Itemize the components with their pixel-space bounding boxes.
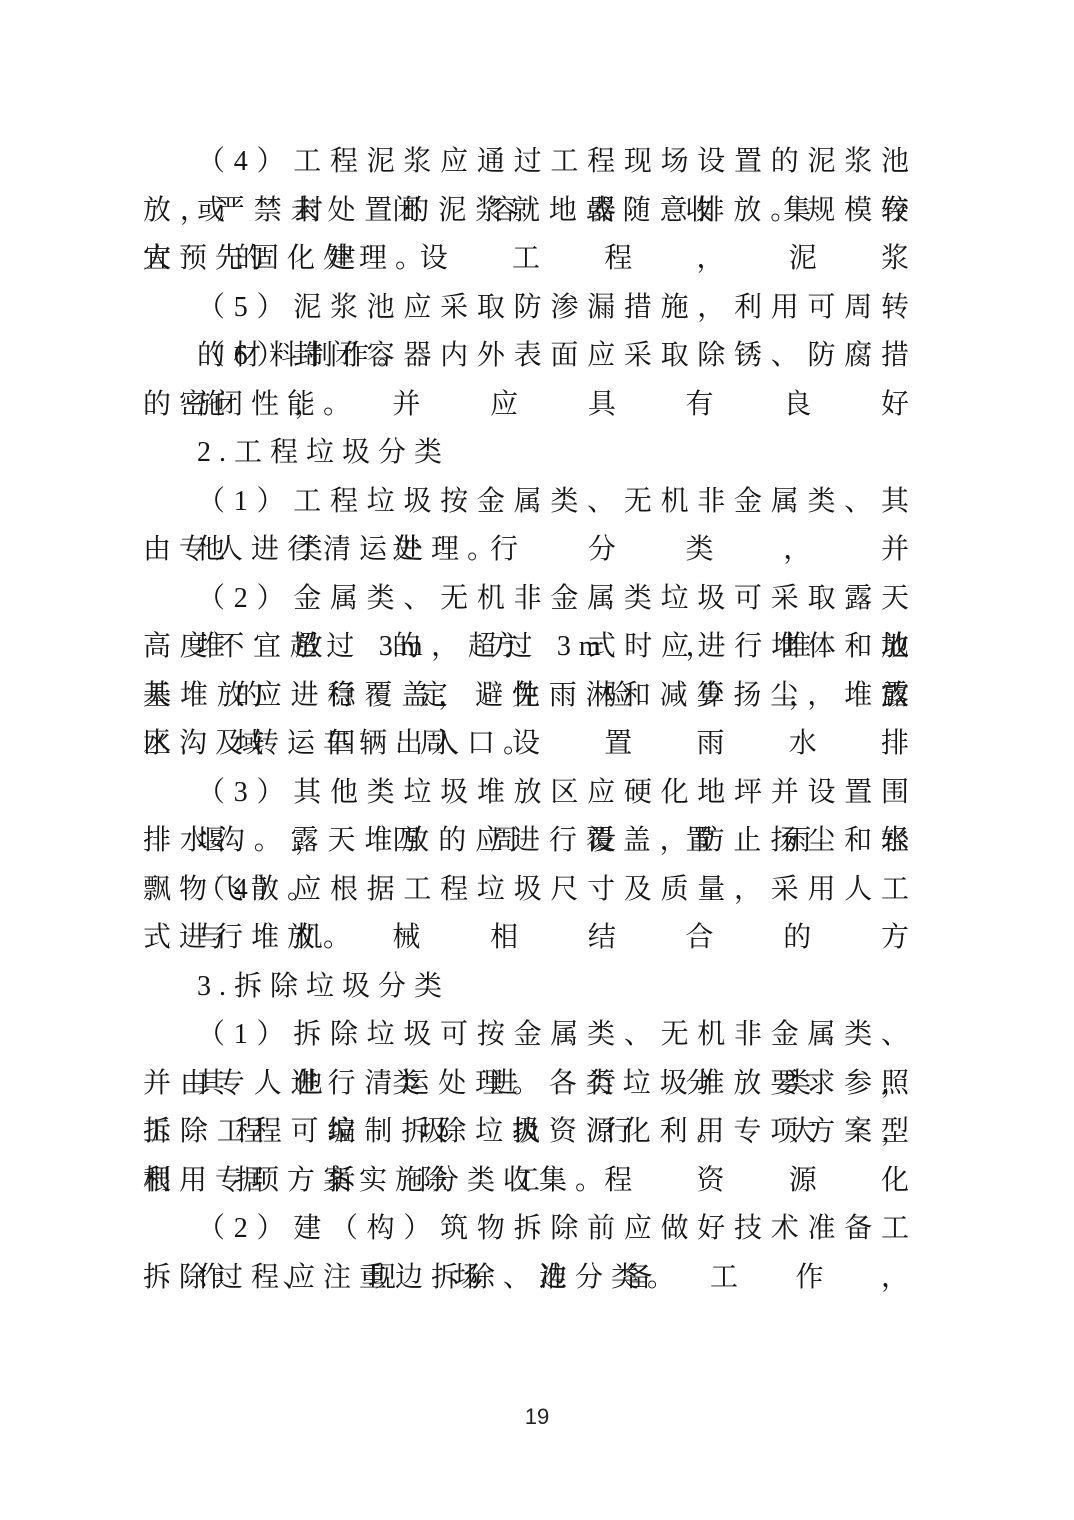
- text-line: （6）封闭容器内外表面应采取除锈、防腐措施，并应具有良好: [143, 332, 917, 381]
- text-line: （2）金属类、无机非金属类垃圾可采取露天堆放的方式，堆放: [143, 575, 917, 624]
- text-line: （5）泥浆池应采取防渗漏措施，利用可周转的材料制作。: [143, 284, 917, 333]
- text-line: （4）工程泥浆应通过工程现场设置的泥浆池或封闭容器收集存: [143, 138, 917, 187]
- text-line: 高度不宜超过 3m，超过 3m 时应进行堆体和地基的稳定性验算，露: [143, 623, 917, 672]
- text-line: （3）其他类垃圾堆放区应硬化地坪并设置围堰，四周设置雨水: [143, 769, 917, 818]
- text-line: 3.拆除垃圾分类: [143, 963, 917, 1012]
- text-line: 排水沟。露天堆放的应进行覆盖，防止扬尘和轻飘物飞散。: [143, 817, 917, 866]
- text-line: （4）应根据工程垃圾尺寸及质量，采用人工与机械相结合的方: [143, 866, 917, 915]
- text-line: 天堆放应进行覆盖，避免雨淋和减少扬尘，堆放区域四周设置雨水排: [143, 672, 917, 721]
- text-line: 拆除工程可编制拆除垃圾资源化利用专项方案，根据拆除工程资源化: [143, 1108, 917, 1157]
- page-number: 19: [0, 1404, 1074, 1430]
- document-body-text: （4）工程泥浆应通过工程现场设置的泥浆池或封闭容器收集存放，严禁未处置的泥浆就地…: [143, 138, 917, 1302]
- text-line: 2.工程垃圾分类: [143, 429, 917, 478]
- text-line: （2）建（构）筑物拆除前应做好技术准备工作、现场准备工作，: [143, 1205, 917, 1254]
- text-line: （1）工程垃圾按金属类、无机非金属类、其他类进行分类，并: [143, 478, 917, 527]
- document-page: （4）工程泥浆应通过工程现场设置的泥浆池或封闭容器收集存放，严禁未处置的泥浆就地…: [0, 0, 1074, 1520]
- text-line: 放，严禁未处置的泥浆就地或随意排放。规模较大的建设工程，泥浆: [143, 187, 917, 236]
- text-line: 并由专人进行清运处理。各类垃圾堆放要求参照工程垃圾执行。大型: [143, 1060, 917, 1109]
- text-line: （1）拆除垃圾可按金属类、无机非金属类、其他类进行分类，: [143, 1011, 917, 1060]
